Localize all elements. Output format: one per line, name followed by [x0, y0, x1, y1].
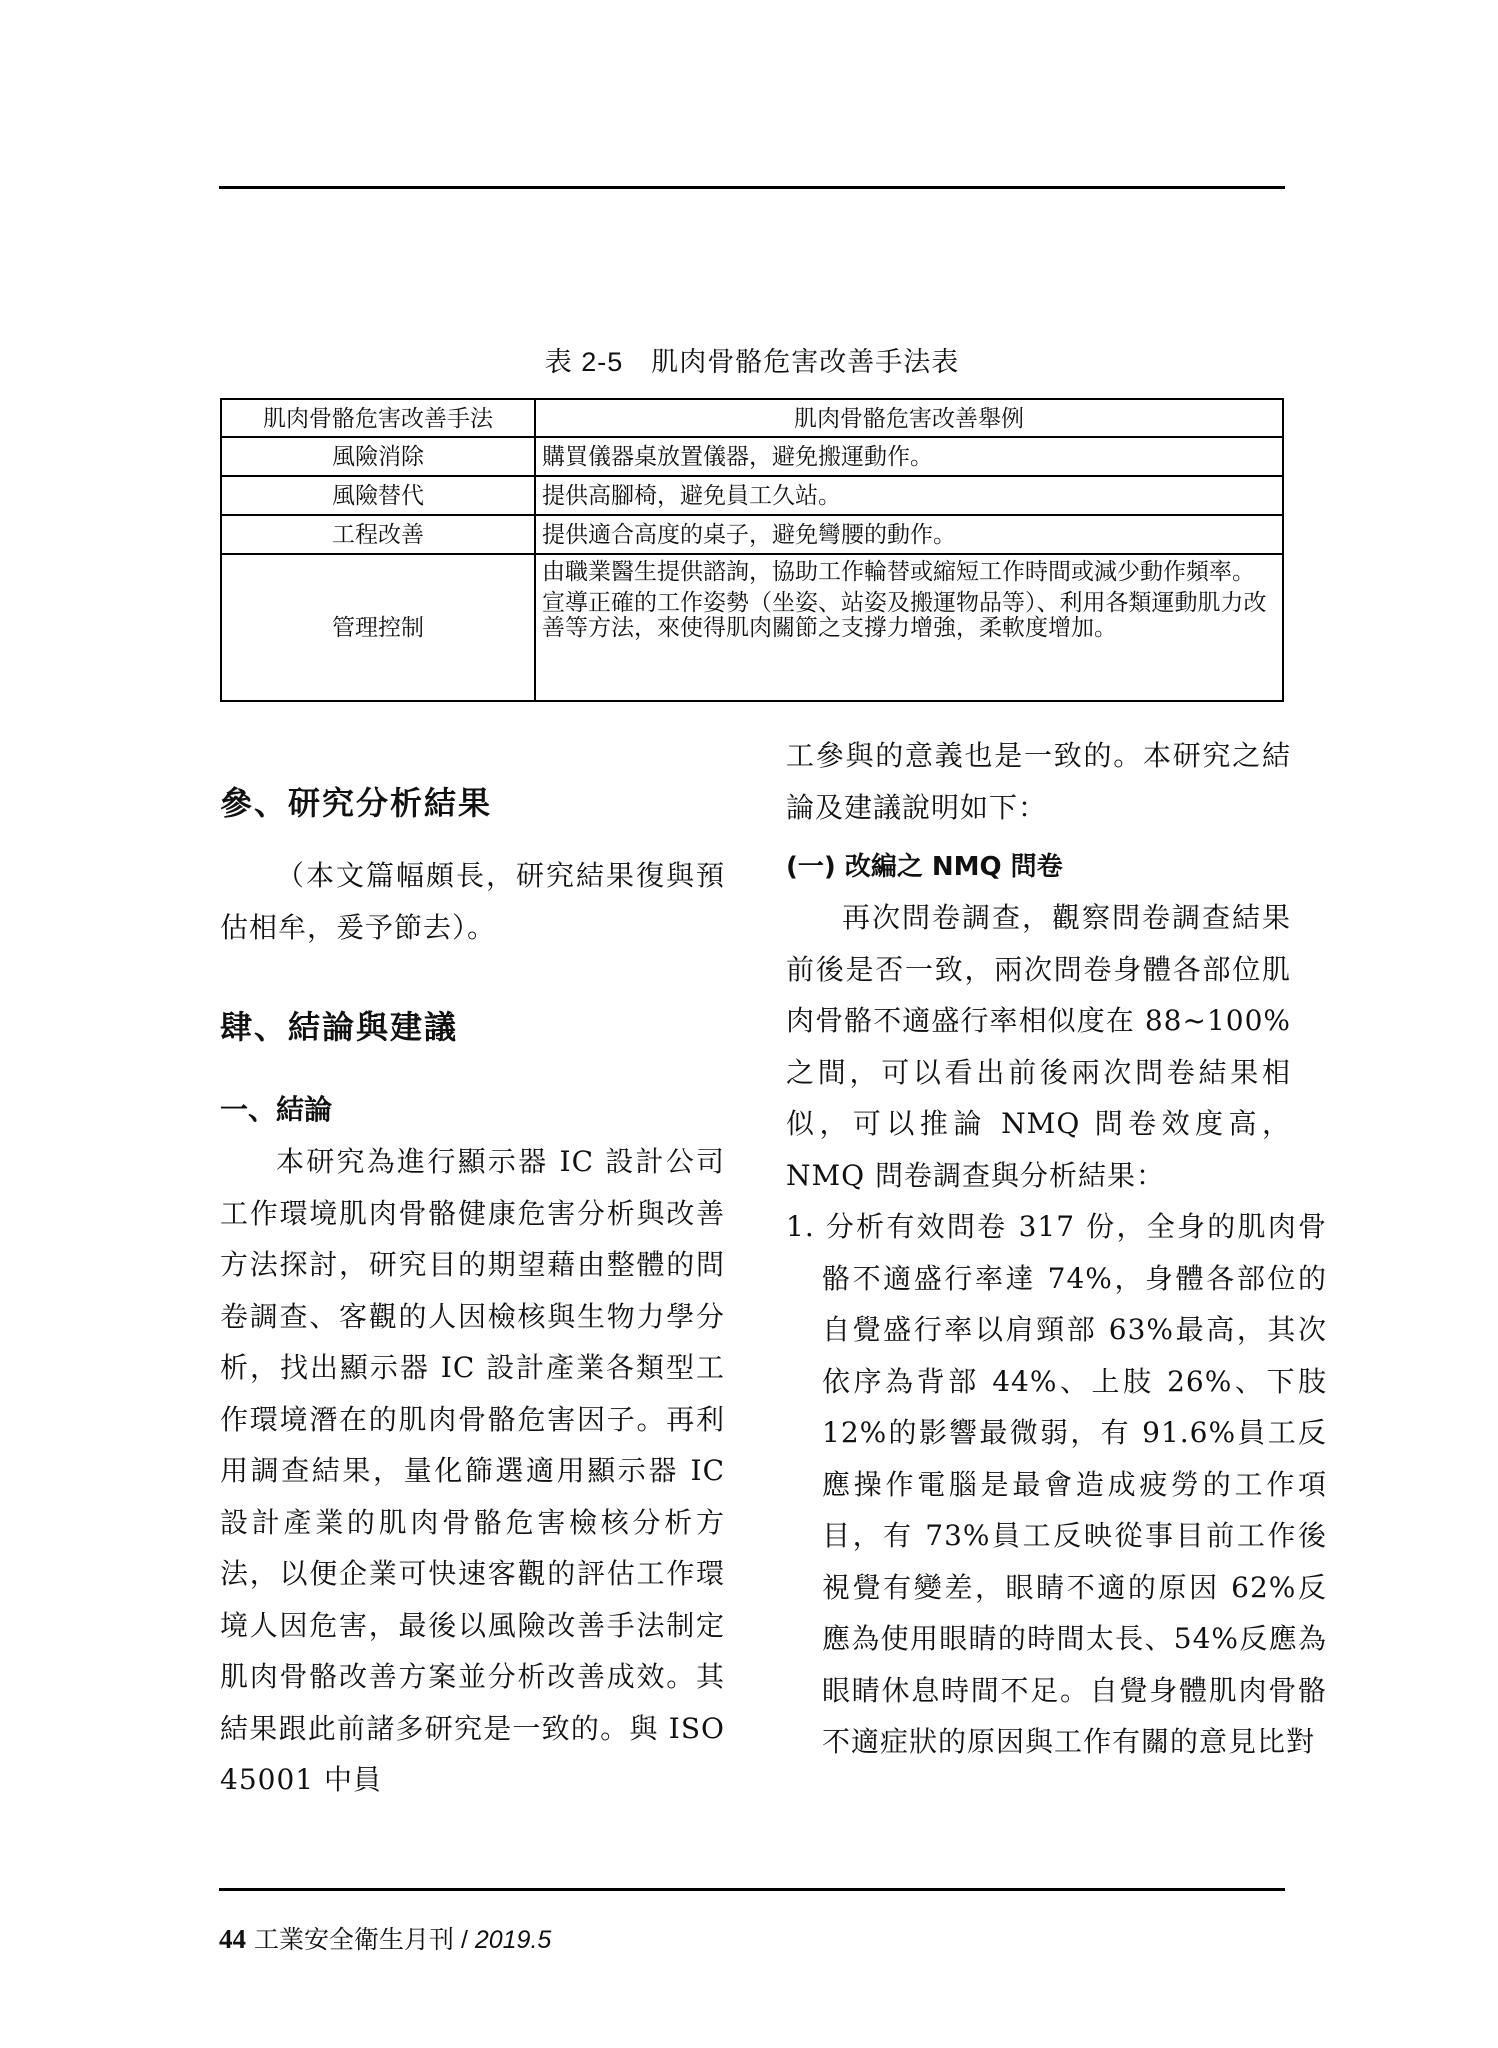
method-cell: 風險消除: [221, 437, 535, 476]
header-rule: [219, 186, 1285, 189]
example-text: 由職業醫生提供諮詢，協助工作輪替或縮短工作時間或減少動作頻率。: [542, 559, 1276, 584]
table-caption: 表 2-5 肌肉骨骼危害改善手法表: [219, 340, 1285, 379]
table-header-row: 肌肉骨骼危害改善手法 肌肉骨骼危害改善舉例: [221, 399, 1283, 437]
method-cell: 管理控制: [221, 554, 535, 701]
footer-rule: [219, 1888, 1285, 1891]
section-3-heading: 參、研究分析結果: [220, 778, 492, 824]
table-row: 工程改善 提供適合高度的桌子，避免彎腰的動作。: [221, 515, 1283, 554]
table-row: 管理控制 由職業醫生提供諮詢，協助工作輪替或縮短工作時間或減少動作頻率。 宣導正…: [221, 554, 1283, 701]
conclusion-body: 本研究為進行顯示器 IC 設計公司工作環境肌肉骨骼健康危害分析與改善方法探討，研…: [220, 1136, 725, 1806]
page-footer: 44工業安全衛生月刊 / 2019.5: [219, 1920, 551, 1956]
nmq-body: 再次問卷調查，觀察問卷調查結果前後是否一致，兩次問卷身體各部位肌肉骨骼不適盛行率…: [786, 892, 1291, 1201]
table-row: 風險消除 購買儀器桌放置儀器，避免搬運動作。: [221, 437, 1283, 476]
example-cell: 提供高腳椅，避免員工久站。: [535, 476, 1283, 515]
issue-date: 2019.5: [475, 1926, 551, 1954]
hazard-improvement-table: 肌肉骨骼危害改善手法 肌肉骨骼危害改善舉例 風險消除 購買儀器桌放置儀器，避免搬…: [220, 398, 1284, 702]
subsection-conclusion-heading: 一、結論: [220, 1088, 332, 1128]
method-cell: 工程改善: [221, 515, 535, 554]
conclusion-continuation: 工參與的意義也是一致的。本研究之結論及建議說明如下：: [786, 730, 1291, 833]
example-text: 宣導正確的工作姿勢（坐姿、站姿及搬運物品等）、利用各類運動肌力改善等方法，來使得…: [542, 590, 1276, 640]
method-cell: 風險替代: [221, 476, 535, 515]
column-header-examples: 肌肉骨骼危害改善舉例: [535, 399, 1283, 437]
nmq-subheading: (一) 改編之 NMQ 問卷: [786, 846, 1063, 883]
section-4-heading: 肆、結論與建議: [220, 1002, 458, 1048]
example-cell: 提供適合高度的桌子，避免彎腰的動作。: [535, 515, 1283, 554]
example-cell: 由職業醫生提供諮詢，協助工作輪替或縮短工作時間或減少動作頻率。 宣導正確的工作姿…: [535, 554, 1283, 701]
table-row: 風險替代 提供高腳椅，避免員工久站。: [221, 476, 1283, 515]
section-3-body: （本文篇幅頗長，研究結果復與預估相牟，爰予節去）。: [220, 850, 725, 953]
column-header-method: 肌肉骨骼危害改善手法: [221, 399, 535, 437]
page-number: 44: [219, 1924, 246, 1954]
journal-name: 工業安全衛生月刊 /: [254, 1926, 475, 1954]
example-cell: 購買儀器桌放置儀器，避免搬運動作。: [535, 437, 1283, 476]
result-list-item-1: 1. 分析有效問卷 317 份，全身的肌肉骨骼不適盛行率達 74%，身體各部位的…: [786, 1201, 1327, 1768]
